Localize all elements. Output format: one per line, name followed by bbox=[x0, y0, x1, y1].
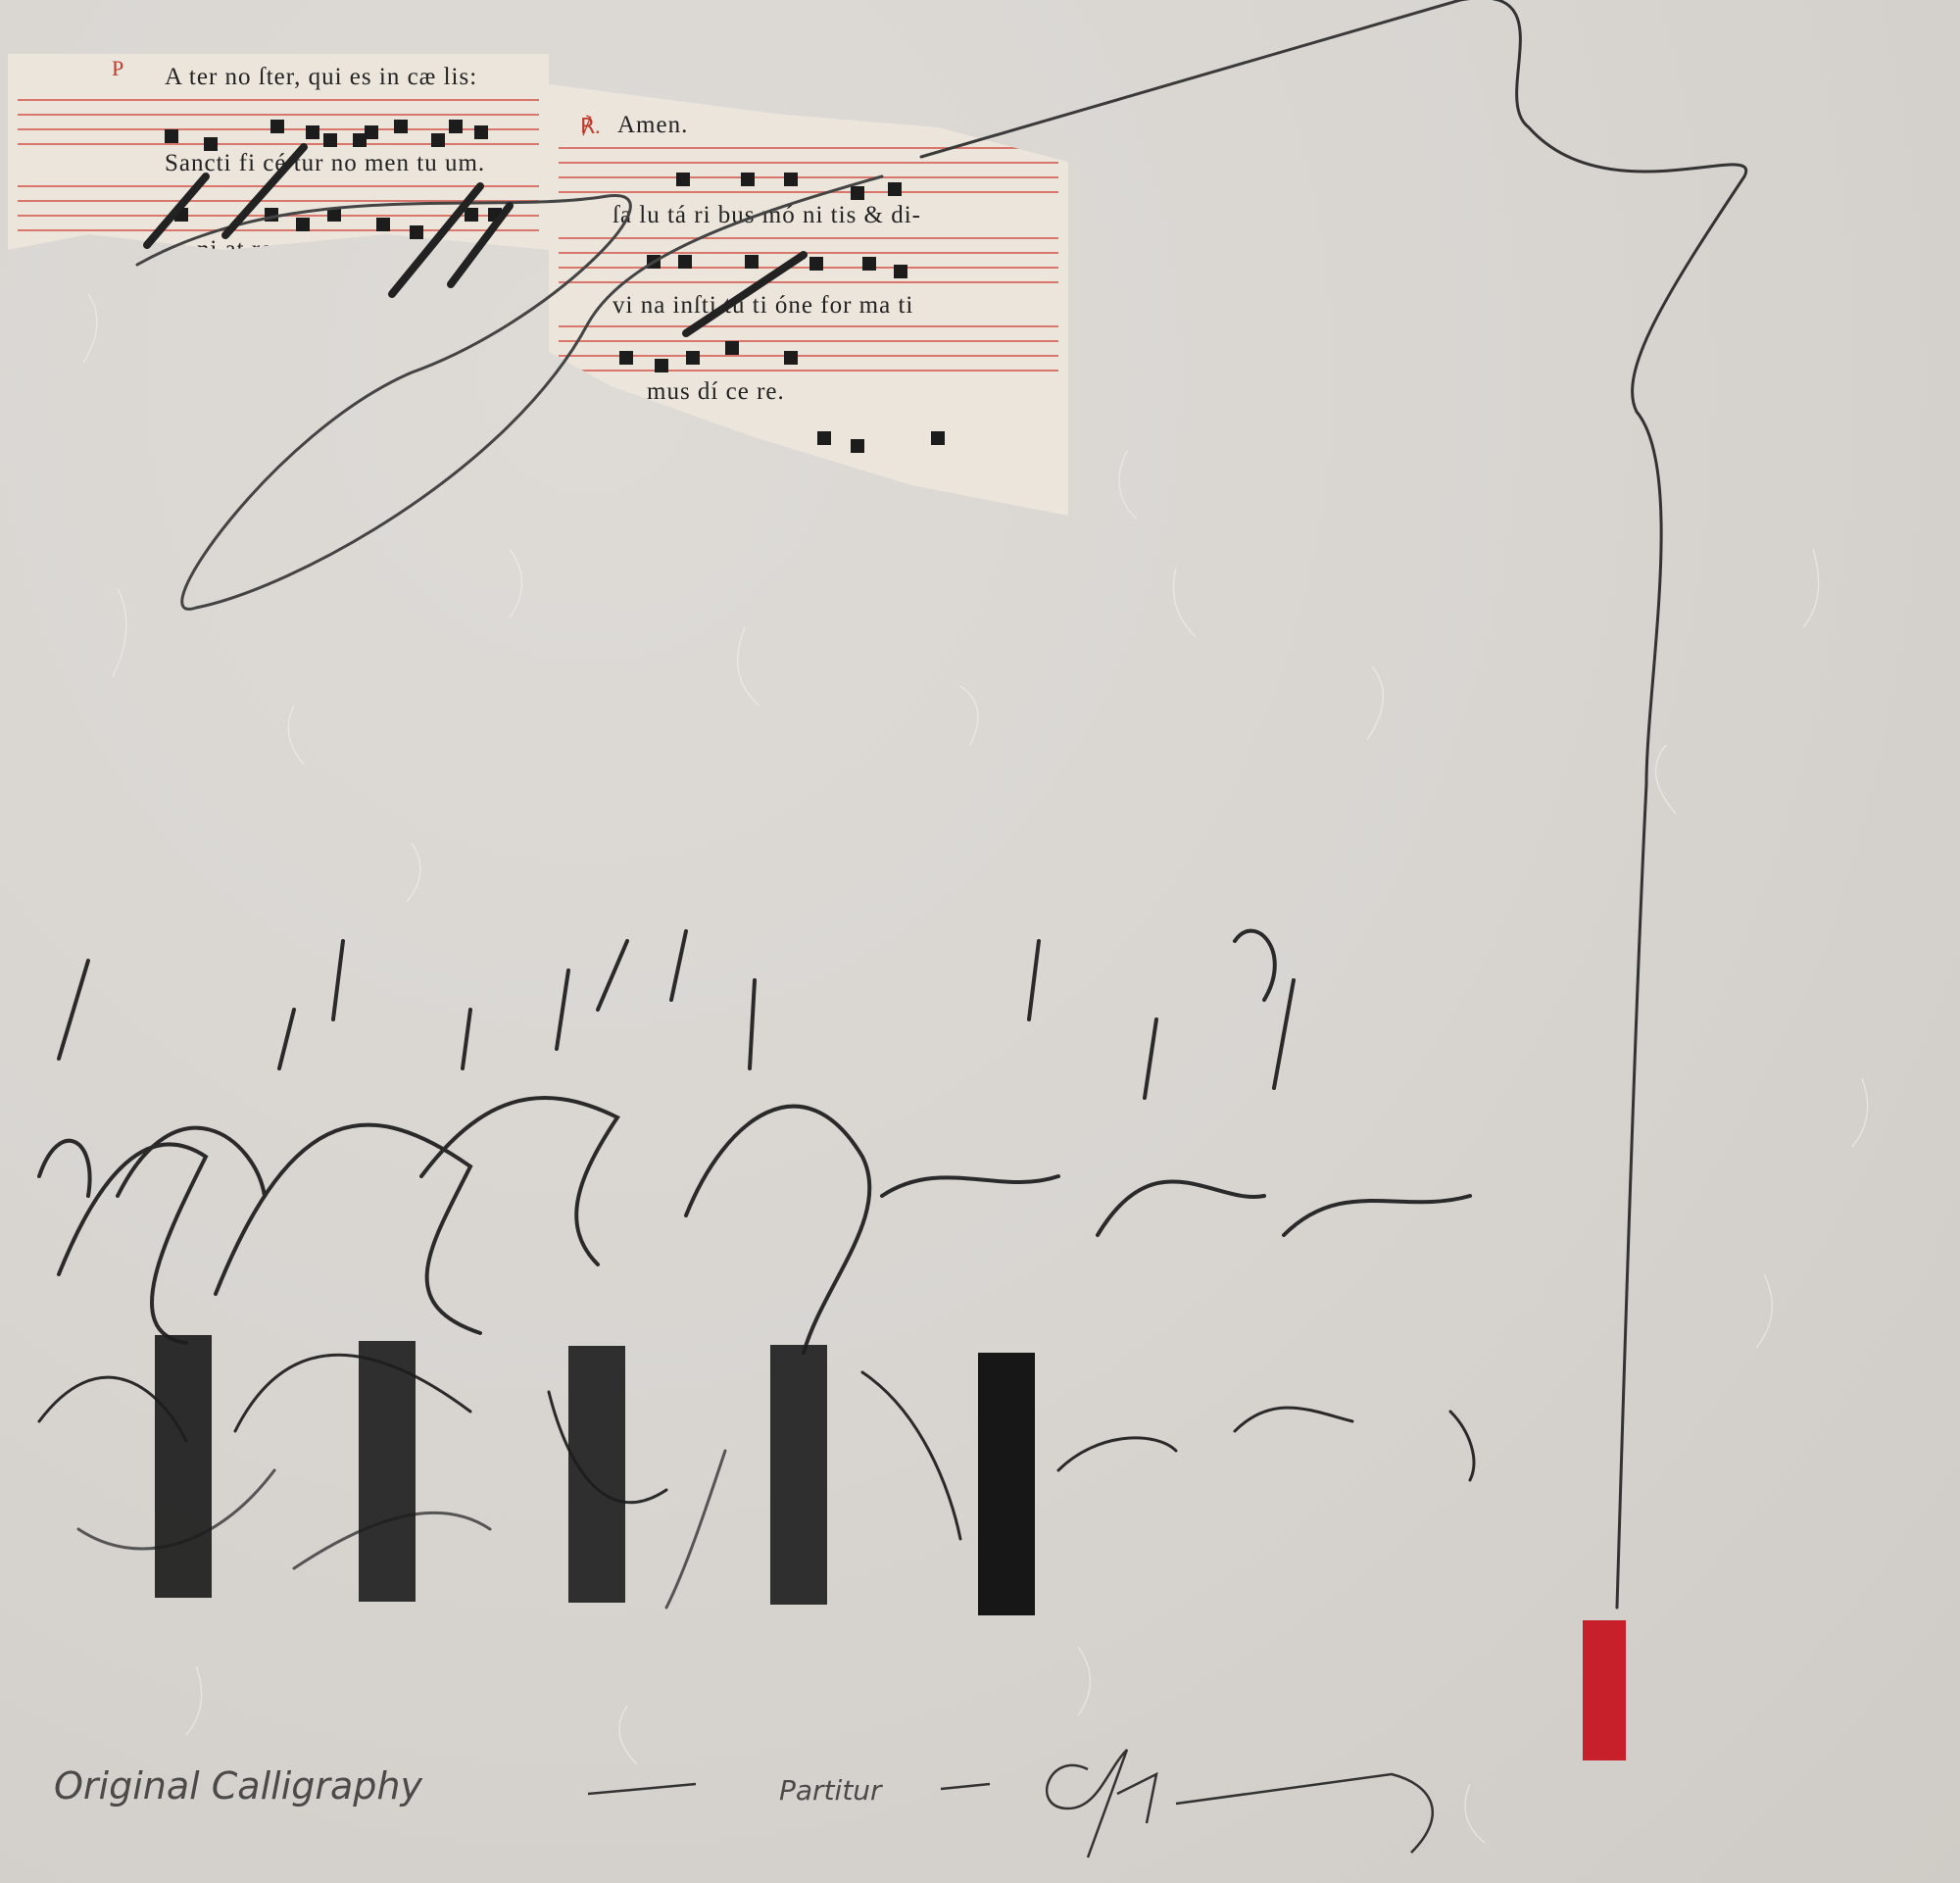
artwork-canvas: P A ter no ſter, qui es in cæ lis: Sanct… bbox=[0, 0, 1960, 1883]
signature bbox=[0, 0, 1960, 1883]
